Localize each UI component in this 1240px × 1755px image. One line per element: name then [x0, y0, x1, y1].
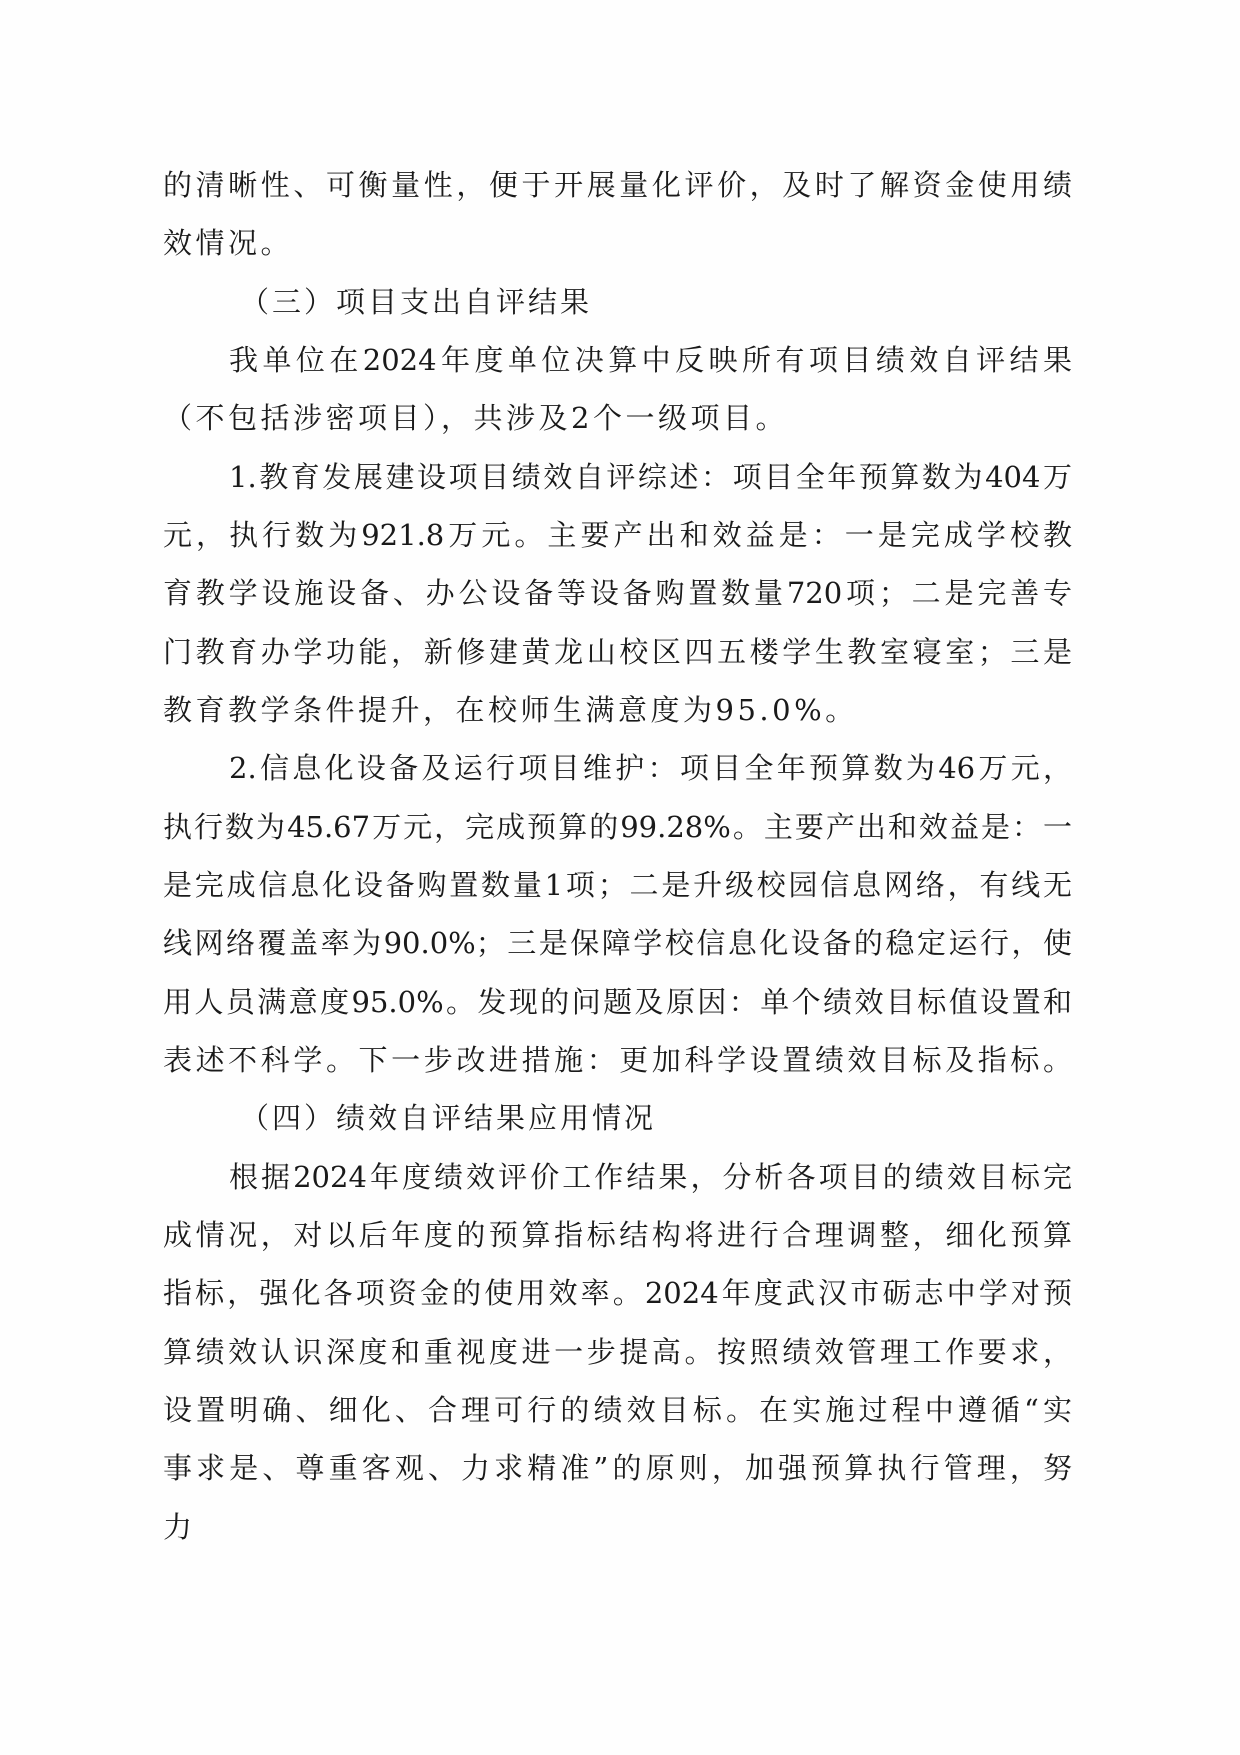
body-text-line: 门教育办学功能，新修建黄龙山校区四五楼学生教室寝室；三是 — [163, 630, 1072, 674]
body-text-line: （不包括涉密项目），共涉及2个一级项目。 — [163, 396, 1072, 440]
body-text-line: 线网络覆盖率为90.0%；三是保障学校信息化设备的稳定运行，使 — [163, 921, 1072, 965]
item-1-first-line: 1.教育发展建设项目绩效自评综述：项目全年预算数为404万 — [229, 455, 1072, 499]
body-text-line: 育教学设施设备、办公设备等设备购置数量720项；二是完善专 — [163, 571, 1072, 615]
body-text-line: 力 — [163, 1505, 1072, 1549]
body-text-line: 教育教学条件提升，在校师生满意度为95.0%。 — [163, 688, 1072, 732]
body-text-line: 指标，强化各项资金的使用效率。2024年度武汉市砺志中学对预 — [163, 1271, 1072, 1315]
body-text-line: 用人员满意度95.0%。发现的问题及原因：单个绩效目标值设置和 — [163, 980, 1072, 1024]
section-heading-4: （四）绩效自评结果应用情况 — [240, 1096, 1149, 1140]
body-text-line: 设置明确、细化、合理可行的绩效目标。在实施过程中遵循“实 — [163, 1388, 1072, 1432]
paragraph-first-line: 我单位在2024年度单位决算中反映所有项目绩效自评结果 — [229, 338, 1072, 382]
body-text-line: 表述不科学。下一步改进措施：更加科学设置绩效目标及指标。 — [163, 1038, 1072, 1082]
body-text-line: 效情况。 — [163, 221, 1072, 265]
section-heading-3: （三）项目支出自评结果 — [240, 280, 1149, 324]
body-text-line: 元，执行数为921.8万元。主要产出和效益是：一是完成学校教 — [163, 513, 1072, 557]
body-text-line: 事求是、尊重客观、力求精准”的原则，加强预算执行管理，努 — [163, 1446, 1072, 1490]
paragraph-first-line: 根据2024年度绩效评价工作结果，分析各项目的绩效目标完 — [229, 1155, 1072, 1199]
body-text-line: 的清晰性、可衡量性，便于开展量化评价，及时了解资金使用绩 — [163, 163, 1072, 207]
item-2-first-line: 2.信息化设备及运行项目维护：项目全年预算数为46万元， — [229, 746, 1072, 790]
document-page: 的清晰性、可衡量性，便于开展量化评价，及时了解资金使用绩 效情况。 （三）项目支… — [0, 0, 1240, 1755]
body-text-line: 成情况，对以后年度的预算指标结构将进行合理调整，细化预算 — [163, 1213, 1072, 1257]
body-text-line: 执行数为45.67万元，完成预算的99.28%。主要产出和效益是：一 — [163, 805, 1072, 849]
body-text-line: 算绩效认识深度和重视度进一步提高。按照绩效管理工作要求， — [163, 1330, 1072, 1374]
body-text-line: 是完成信息化设备购置数量1项；二是升级校园信息网络，有线无 — [163, 863, 1072, 907]
